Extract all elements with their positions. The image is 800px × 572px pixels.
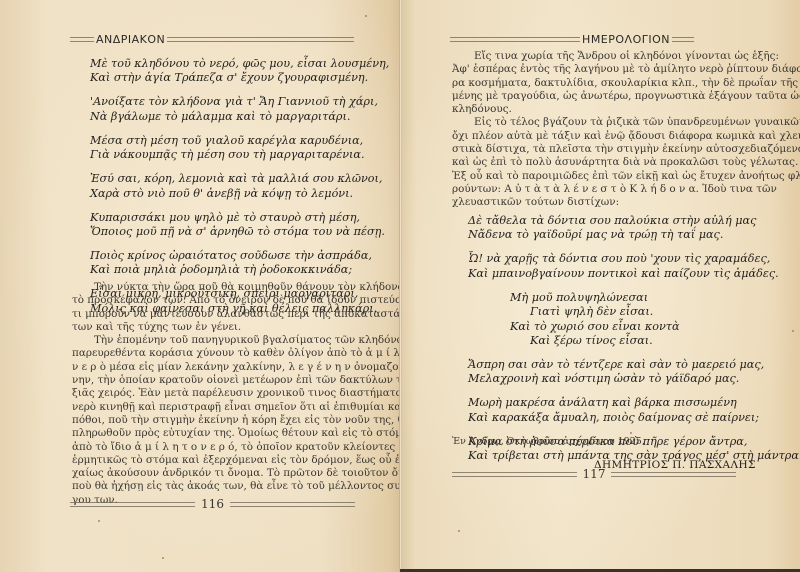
verse-line: Νἄδενα τὸ γαϊδοῦρί μας νὰ τρώῃ τὴ ταΐ μα… <box>468 228 800 242</box>
prose-line: κληδόνους. <box>452 103 734 116</box>
page-number-footer-right: 117 <box>452 467 736 481</box>
verse-line: Καὶ ξέρω τίνος εἶσαι. <box>468 334 800 348</box>
stanza: Μωρὴ μακρέσα ἀνάλατη καὶ βάρκα πισσωμένη… <box>468 396 800 425</box>
verse-line: Γιατὶ ψηλὴ δὲν εἶσαι. <box>468 305 800 319</box>
prose-line: πληρωθοῦν πρὸς εὐτυχίαν της. Ὁμοίως θέτο… <box>72 427 354 440</box>
prose-line: Τὴν νύκτα τὴν ὥρα ποῦ θὰ κοιμηθοῦν θάνου… <box>72 281 354 294</box>
prose-line: τὸ προσκέφαλόν των. Ἀπὸ τὸ ὄνειρον δὲ πο… <box>72 294 354 307</box>
header-rule <box>450 37 580 42</box>
running-head-title: ΑΝΔΡΙΑΚΟΝ <box>94 33 167 46</box>
prose-line: στικὰ δίστιχα, τὰ πλεῖστα τὴν στιγμὴν ἐκ… <box>452 143 734 156</box>
prose-line: παρευρεθέντα κοράσια χύνουν τὸ καθὲν ὀλί… <box>72 347 354 360</box>
stanza: Δὲ τἄθελα τὰ δόντια σου παλούκια στὴν αὐ… <box>468 214 800 243</box>
prose-line: ρα κοσμήματα, δακτυλίδια, σκουλαρίκια κλ… <box>452 77 734 90</box>
dateline: Ἐν Ἄνδρῳ, Ὀκτωβρίου ἀρχομένου 1925. <box>452 436 645 447</box>
verse-line: Καὶ στὴν ἁγία Τράπεζα σ' ἔχουν ζγουραφισ… <box>90 71 389 85</box>
page-number-footer-left: 116 <box>70 497 355 511</box>
page-number: 117 <box>577 467 612 481</box>
footer-rule <box>611 472 736 477</box>
stanza: Ποιὸς κρίνος ὡραιότατος σοῦδωσε τὴν ἀσπρ… <box>90 249 389 278</box>
prose-line: πόθοι, ποῦ τὴν στιγμὴν ἐκείνην ἡ κόρη ἔχ… <box>72 414 354 427</box>
page-number: 116 <box>195 497 230 511</box>
running-head-left: ΑΝΔΡΙΑΚΟΝ <box>70 32 354 46</box>
prose-line: Ἐξ οὗ καὶ τὸ παροιμιῶδες ἐπὶ τῶν εἰκῇ κα… <box>452 170 734 183</box>
prose-line: καὶ ὡς ἐπὶ τὸ πολὺ ἀσυνάρτητα διὰ νὰ προ… <box>452 156 734 169</box>
prose-line: νερὸ κινηθῇ καὶ περιστραφῇ εἶναι σημεῖον… <box>72 401 354 414</box>
prose-line: ἑρμητικῶς τὸ στόμα καὶ ἐξερχόμεναι εἰς τ… <box>72 454 354 467</box>
prose-line: μένης μὲ τραγούδια, ὡς ἀνωτέρω, προγνωστ… <box>452 90 734 103</box>
prose-line: ποὺ θὰ ἠχήσῃ εἰς τὰς ἀκοάς των, θὰ εἶνε … <box>72 480 354 493</box>
verse-line: Ἐσύ σαι, κόρη, λεμονιὰ καὶ τὰ μαλλιά σου… <box>90 172 389 186</box>
prose-line: νην, τὴν ὁποίαν κρατοῦν οἱονεὶ μετέωρον … <box>72 374 354 387</box>
header-rule <box>672 37 694 42</box>
header-rule <box>167 37 354 42</box>
prose-line: Τὴν ἐπομένην τοῦ πανηγυρικοῦ βγαλσίματος… <box>72 334 354 347</box>
verse-line: Ὅποιος μοῦ πῇ νὰ σ' ἀρνηθῶ τὸ στόμα του … <box>90 225 389 239</box>
footer-rule <box>230 502 355 507</box>
running-head-right: ΗΜΕΡΟΛΟΓΙΟΝ <box>450 32 694 46</box>
prose-line: Ἀφ' ἑσπέρας ἐντὸς τῆς λαγήνου μὲ τὸ ἀμίλ… <box>452 63 734 76</box>
paper-speck <box>98 520 100 522</box>
paper-speck <box>162 557 164 559</box>
verse-line: Καὶ τὸ χωριό σου εἶναι κοντὰ <box>468 320 800 334</box>
prose-line: ξιᾶς χειρός. Ἐὰν μετὰ παρέλευσιν χρονικο… <box>72 387 354 400</box>
paper-speck <box>458 530 460 532</box>
prose-line: χαίως ἀκούσουν ἀνδρικόν τι ὄνομα. Τὸ πρῶ… <box>72 467 354 480</box>
verse-line: Χαρὰ στὸ νιὸ ποῦ θ' ἀνεβῇ νὰ κόψῃ τὸ λεμ… <box>90 187 389 201</box>
prose-line: των καὶ τῆς τύχης των ἐν γένει. <box>72 321 354 334</box>
stanza: Μὲ τοῦ κληδόνου τὸ νερό, φῶς μου, εἶσαι … <box>90 57 389 86</box>
prose-line: χλευαστικῶν τούτων διστίχων: <box>452 196 734 209</box>
stanza: Μέσα στὴ μέση τοῦ γιαλοῦ καρέγλα καρυδέν… <box>90 134 389 163</box>
stanza: Ἄσπρη σαι σὰν τὸ τέντζερε καὶ σὰν τὸ μαε… <box>468 358 800 387</box>
verse-block: Δὲ τἄθελα τὰ δόντια σου παλούκια στὴν αὐ… <box>468 214 800 473</box>
prose-line: ἀπὸ τὸ ἴδιο ἀ μ ί λ η τ ο ν ε ρ ό, τὸ ὁπ… <box>72 441 354 454</box>
verse-line: Ὦ! νὰ χαρῇς τὰ δόντια σου ποὺ 'χουν τὶς … <box>468 252 800 266</box>
left-page: ΑΝΔΡΙΑΚΟΝ Μὲ τοῦ κληδόνου τὸ νερό, φῶς μ… <box>0 0 400 572</box>
verse-line: Μωρὴ μακρέσα ἀνάλατη καὶ βάρκα πισσωμένη <box>468 396 800 410</box>
verse-line: Μὲ τοῦ κληδόνου τὸ νερό, φῶς μου, εἶσαι … <box>90 57 389 71</box>
verse-line: Ἄσπρη σαι σὰν τὸ τέντζερε καὶ σὰν τὸ μαε… <box>468 358 800 372</box>
verse-line: Δὲ τἄθελα τὰ δόντια σου παλούκια στὴν αὐ… <box>468 214 800 228</box>
stanza: Κυπαρισσάκι μου ψηλὸ μὲ τὸ σταυρὸ στὴ μέ… <box>90 211 389 240</box>
footer-rule <box>70 502 195 507</box>
verse-line: 'Ανοίξατε τὸν κλήδονα γιὰ τ' Ἄη Γιαννιοῦ… <box>90 95 389 109</box>
verse-line: Καὶ ποιὰ μηλιὰ ῥοδομηλιὰ τὴ ῥοδοκοκκινάδ… <box>90 263 389 277</box>
paper-speck <box>365 15 367 17</box>
running-head-title: ΗΜΕΡΟΛΟΓΙΟΝ <box>580 33 672 46</box>
verse-line: Νὰ βγάλωμε τὸ μάλαμμα καὶ τὸ μαργαριτάρι… <box>90 110 389 124</box>
verse-line: Μὴ μοῦ πολυψηλώνεσαι <box>468 291 800 305</box>
paper-speck <box>630 432 632 434</box>
prose-line: ὄχι πλέον αὐτὰ μὲ τάξιν καὶ ἐνῷ ᾄδουσι δ… <box>452 130 734 143</box>
prose-line: Εἴς τινα χωρία τῆς Ἄνδρου οἱ κληδόνοι γί… <box>452 50 734 63</box>
verse-line: Καὶ μπαινοβγαίνουν ποντικοὶ καὶ παίζουν … <box>468 267 800 281</box>
verse-line: Ποιὸς κρίνος ὡραιότατος σοῦδωσε τὴν ἀσπρ… <box>90 249 389 263</box>
verse-line: Γιὰ νάκουμπᾷς τὴ μέση σου τὴ μαργαριταρέ… <box>90 148 389 162</box>
footer-rule <box>452 472 577 477</box>
prose-line: ν ε ρ ὸ μέσα εἰς μίαν λεκάνην χαλκίνην, … <box>72 361 354 374</box>
right-page: ΗΜΕΡΟΛΟΓΙΟΝ Εἴς τινα χωρία τῆς Ἄνδρου οἱ… <box>400 0 800 572</box>
paper-speck <box>792 330 794 332</box>
book-spine <box>399 0 402 572</box>
prose-line: ρούντων: Α ὐ τ ὰ τ ὰ λ έ ν ε σ τ ὸ Κ λ ή… <box>452 183 734 196</box>
verse-line: Μελαχροινὴ καὶ νόστιμη ὡσὰν τὸ γάϊδαρό μ… <box>468 372 800 386</box>
prose-block: Τὴν νύκτα τὴν ὥρα ποῦ θὰ κοιμηθοῦν θάνου… <box>72 281 354 507</box>
stanza: Ὦ! νὰ χαρῇς τὰ δόντια σου ποὺ 'χουν τὶς … <box>468 252 800 281</box>
stanza: Ἐσύ σαι, κόρη, λεμονιὰ καὶ τὰ μαλλιά σου… <box>90 172 389 201</box>
prose-block: Εἴς τινα χωρία τῆς Ἄνδρου οἱ κληδόνοι γί… <box>452 50 734 210</box>
header-rule <box>70 37 94 42</box>
prose-line: τι μποροῦν νὰ μαντεύσουν ἀλανθάστως περὶ… <box>72 308 354 321</box>
verse-line: Καὶ καρακάξα ἄμυαλη, ποιὸς δαίμονας σὲ π… <box>468 411 800 425</box>
prose-line: Εἰς τὸ τέλος βγάζουν τὰ ῥιζικὰ τῶν ὑπανδ… <box>452 116 734 129</box>
stanza: 'Ανοίξατε τὸν κλήδονα γιὰ τ' Ἄη Γιαννιοῦ… <box>90 95 389 124</box>
verse-line: Μέσα στὴ μέση τοῦ γιαλοῦ καρέγλα καρυδέν… <box>90 134 389 148</box>
stanza: Μὴ μοῦ πολυψηλώνεσαι Γιατὶ ψηλὴ δὲν εἶσα… <box>468 291 800 349</box>
verse-line: Κυπαρισσάκι μου ψηλὸ μὲ τὸ σταυρὸ στὴ μέ… <box>90 211 389 225</box>
